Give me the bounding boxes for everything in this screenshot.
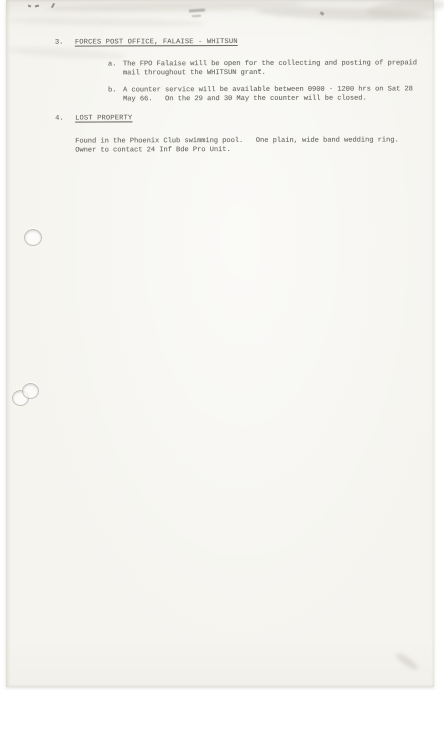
ink-smudge: [320, 11, 325, 16]
sub-item-text: The FPO Falaise will be open for the col…: [123, 59, 417, 78]
item-number: 3.: [55, 39, 75, 105]
sub-item-b: b. A counter service will be available b…: [108, 85, 417, 104]
item-number: 4.: [55, 115, 75, 124]
text-line: The FPO Falaise will be open for the col…: [123, 59, 417, 69]
sub-item-text: A counter service will be available betw…: [123, 85, 413, 104]
list-item-4: 4. LOST PROPERTY: [55, 113, 418, 123]
scanned-document: 3. FORCES POST OFFICE, FALAISE - WHITSUN…: [0, 0, 444, 731]
list-item-3: 3. FORCES POST OFFICE, FALAISE - WHITSUN…: [55, 37, 418, 104]
text-line: mail throughout the WHITSUN grant.: [123, 68, 417, 78]
text-line: Owner to contact 24 Inf Bde Pro Unit.: [75, 145, 418, 155]
ink-smudge: [189, 8, 205, 12]
typed-content: 3. FORCES POST OFFICE, FALAISE - WHITSUN…: [55, 37, 418, 155]
scan-streak: [365, 0, 444, 20]
item-body: FORCES POST OFFICE, FALAISE - WHITSUN a.…: [75, 37, 417, 104]
section-heading-lost-property: LOST PROPERTY: [75, 114, 132, 123]
hole-punch: [12, 390, 29, 406]
pencil-mark: [51, 3, 55, 8]
section-heading-forces-post-office: FORCES POST OFFICE, FALAISE - WHITSUN: [75, 37, 417, 47]
lost-property-paragraph: Found in the Phoenix Club swimming pool.…: [75, 136, 418, 155]
ink-smudge: [192, 15, 201, 17]
sub-item-a: a. The FPO Falaise will be open for the …: [108, 59, 417, 78]
hole-punch: [22, 383, 39, 399]
scan-streak: [6, 16, 206, 27]
text-line: Found in the Phoenix Club swimming pool.…: [75, 136, 418, 146]
hole-punch: [24, 229, 42, 246]
paper-sheet: 3. FORCES POST OFFICE, FALAISE - WHITSUN…: [6, 0, 434, 687]
item-body: LOST PROPERTY: [75, 114, 132, 123]
pencil-mark: [35, 5, 39, 8]
sub-item-letter: b.: [108, 86, 123, 104]
pencil-mark: [28, 5, 32, 8]
scan-streak: [46, 0, 306, 13]
text-line: May 66. On the 29 and 30 May the counter…: [123, 94, 413, 104]
sub-item-letter: a.: [108, 60, 123, 78]
scan-streak: [394, 651, 419, 672]
scan-streak: [256, 5, 436, 23]
